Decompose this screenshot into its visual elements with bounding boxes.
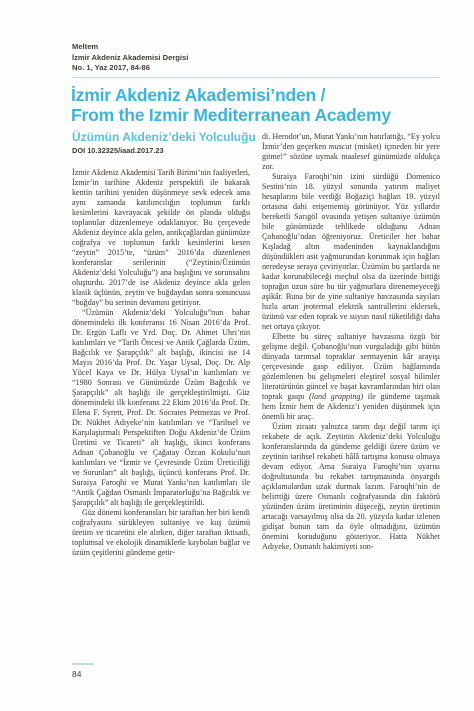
article-title: Üzümün Akdeniz’deki Yolculuğu [72,130,250,144]
section-title-line1: İzmir Akdeniz Akademisi’nden / [71,85,325,105]
body-paragraph: İzmir Akdeniz Akademisi Tarih Birimi’nin… [72,168,250,308]
body-paragraph: Güz dönemi konferansları bir taraftan he… [72,508,250,558]
italic-run: muscat [329,142,352,151]
header-divider [72,77,440,78]
text-run: Güz dönemi konferansları bir taraftan he… [72,508,250,557]
journal-header: Meltem İzmir Akdeniz Akademisi Dergisi N… [72,42,188,74]
journal-name: Meltem [72,42,188,53]
right-column: di. Herodot’un, Murat Yankı’nın hatırlat… [262,130,440,552]
journal-issue-info: No. 1, Yaz 2017, 84-86 [72,63,188,74]
text-run: “Üzümün Akdeniz’deki Yolculuğu”nun bahar… [72,308,250,507]
text-run: Üzüm ziraatı yalnızca tarım dışı değil t… [262,422,440,551]
text-run: Elbette bu süreç sultaniye havzasına özg… [262,332,440,401]
italic-run: (land grapping) [309,392,363,401]
article-body: Üzümün Akdeniz’deki Yolculuğu DOI 10.323… [72,130,440,558]
left-column-paragraphs: İzmir Akdeniz Akademisi Tarih Birimi’nin… [72,168,250,558]
left-column: Üzümün Akdeniz’deki Yolculuğu DOI 10.323… [72,130,250,558]
body-paragraph: Üzüm ziraatı yalnızca tarım dışı değil t… [262,422,440,552]
body-paragraph: di. Herodot’un, Murat Yankı’nın hatırlat… [262,132,440,172]
section-title: İzmir Akdeniz Akademisi’nden /From the I… [71,85,391,125]
journal-subtitle: İzmir Akdeniz Akademisi Dergisi [72,53,188,64]
body-paragraph: “Üzümün Akdeniz’deki Yolculuğu”nun bahar… [72,308,250,508]
article-doi: DOI 10.32325/iaad.2017.23 [72,146,250,155]
page-number: 84 [72,669,81,679]
body-paragraph: Suraiya Faroqhi’nin izini sürdüğü Domeni… [262,172,440,332]
page-number-tick [72,663,94,665]
right-column-paragraphs: di. Herodot’un, Murat Yankı’nın hatırlat… [262,132,440,552]
body-paragraph: Elbette bu süreç sultaniye havzasına özg… [262,332,440,422]
text-run: Suraiya Faroqhi’nin izini sürdüğü Domeni… [262,172,440,331]
text-run: İzmir Akdeniz Akademisi Tarih Birimi’nin… [72,168,250,307]
journal-page: Meltem İzmir Akdeniz Akademisi Dergisi N… [0,0,474,711]
section-title-line2: From the Izmir Mediterranean Academy [71,105,391,125]
